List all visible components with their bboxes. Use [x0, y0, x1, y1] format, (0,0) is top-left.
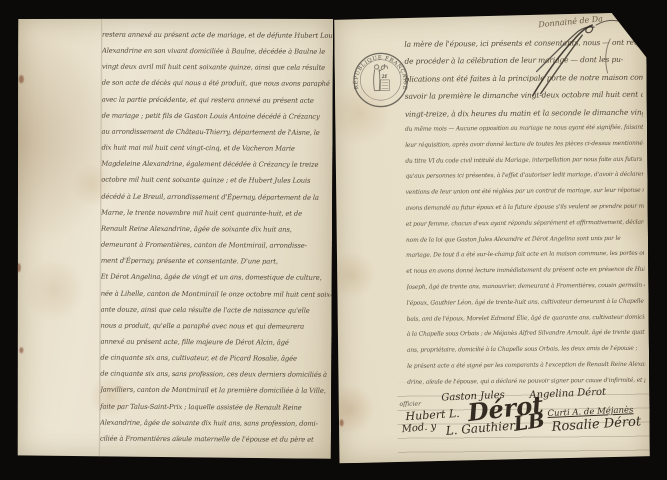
- manuscript-line: ante douze, ainsi que cela résulte de l'…: [101, 301, 335, 318]
- manuscript-line: dix huit mai mil huit cent vingt-cinq, e…: [101, 140, 335, 157]
- manuscript-line: restera annexé au présent acte de mariag…: [102, 27, 336, 44]
- manuscript-line: octobre mil huit cent soixante quinze ; …: [101, 172, 335, 189]
- manuscript-line: faite par Talus-Saint-Prix ; laquelle as…: [100, 398, 334, 415]
- right-page: RÉPUBLIQUE FRANÇAISE 2f Donnainé de Da: [334, 13, 650, 464]
- edge-stain: [17, 263, 21, 272]
- manuscript-line: Janvilliers, canton de Montmirail et la …: [100, 382, 334, 399]
- manuscript-line: avec la partie précédente, et qui rester…: [102, 91, 336, 108]
- edge-stain: [19, 347, 23, 353]
- manuscript-line: Et Dérot Angelina, âgée de vingt et un a…: [101, 269, 335, 286]
- manuscript-line: de son acte de décès qui nous a été prod…: [102, 75, 336, 92]
- manuscript-line: ciliée à Fromentières aïeule maternelle …: [100, 431, 334, 448]
- signature-gauthier: L. Gauthier: [445, 418, 515, 437]
- officiant-word: officier: [399, 401, 421, 408]
- manuscript-line: Magdeleine Alexandrine, également décédé…: [101, 156, 335, 173]
- edge-stain: [19, 75, 24, 83]
- manuscript-line: Alexandrine en son vivant domiciliée à B…: [102, 43, 336, 60]
- manuscript-line: Alexandrine, âgée de soixante dix huit a…: [100, 414, 334, 431]
- manuscript-line: décédé à Le Breuil, arrondissement d'Épe…: [101, 188, 335, 205]
- manuscript-line: demeurant à Fromentières, canton de Mont…: [101, 237, 335, 254]
- document-scan: restera annexé au présent acte de mariag…: [0, 0, 667, 480]
- manuscript-line: de cinquante six ans, sans profession, c…: [100, 366, 334, 383]
- manuscript-line: de cinquante six ans, cultivateur, et de…: [100, 350, 334, 367]
- manuscript-line: de mariage ; petit fils de Gaston Louis …: [102, 107, 336, 124]
- left-page-text: restera annexé au présent acte de mariag…: [100, 27, 336, 452]
- left-page: restera annexé au présent acte de mariag…: [16, 17, 333, 459]
- manuscript-line: née à Lihelle, canton de Montmirail le o…: [101, 285, 335, 302]
- manuscript-line: au arrondissement de Château-Thierry, dé…: [102, 124, 336, 141]
- manuscript-line: Renault Reine Alexandrine, âgée de soixa…: [101, 220, 335, 237]
- manuscript-line: vingt deux avril mil huit cent soixante …: [102, 59, 336, 76]
- manuscript-line: Marne, le trente novembre mil huit cent …: [101, 204, 335, 221]
- signature-monogram: LB: [512, 408, 546, 436]
- manuscript-line: annexé au présent acte, fille majeure de…: [100, 334, 334, 351]
- signatures-block: officier Gaston Jules Angelina Dérot Hub…: [334, 13, 650, 464]
- signature-mod: Mod. y: [401, 421, 437, 435]
- manuscript-line: nous a produit, qu'elle a paraphé avec n…: [100, 317, 334, 334]
- manuscript-line: ment d'Épernay, présente et consentante.…: [101, 253, 335, 270]
